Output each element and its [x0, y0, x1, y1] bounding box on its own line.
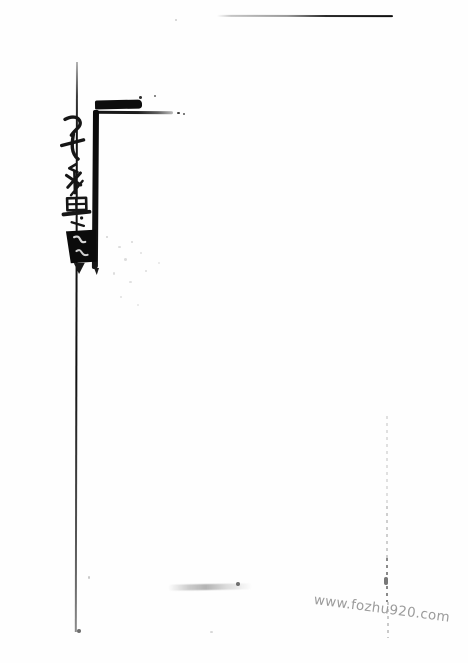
- ink-speck: [88, 576, 90, 579]
- frame-top-rule: [95, 111, 173, 115]
- ink-speck: [145, 270, 147, 272]
- ink-speck: [106, 236, 108, 238]
- ink-speck: [124, 258, 127, 261]
- ink-speck: [175, 19, 177, 21]
- smudge-dot: [236, 582, 240, 586]
- stitch-knot: [384, 577, 388, 585]
- scanned-page: www.fozhu920.com: [0, 0, 468, 663]
- ink-speck: [210, 631, 213, 633]
- binding-stitch-line: [386, 506, 388, 558]
- frame-rule-dot: [177, 112, 180, 114]
- binding-stitch-line: [386, 416, 388, 506]
- ink-speck: [113, 272, 115, 275]
- ink-speck: [131, 241, 133, 243]
- watermark-text: www.fozhu920.com: [313, 592, 451, 626]
- ink-speck: [118, 246, 121, 248]
- ink-speck: [129, 281, 132, 283]
- ink-speck: [139, 96, 142, 99]
- ink-speck: [158, 262, 160, 264]
- fold-line-end-dot: [77, 629, 81, 633]
- frame-top-bar: [95, 100, 142, 110]
- frame-rule-dot: [183, 113, 185, 115]
- ink-speck: [154, 95, 156, 97]
- ink-speck: [137, 304, 139, 306]
- ink-speck: [140, 252, 142, 254]
- top-edge-line: [217, 15, 393, 17]
- spine-label-ink: [60, 114, 100, 276]
- ink-speck: [120, 296, 122, 298]
